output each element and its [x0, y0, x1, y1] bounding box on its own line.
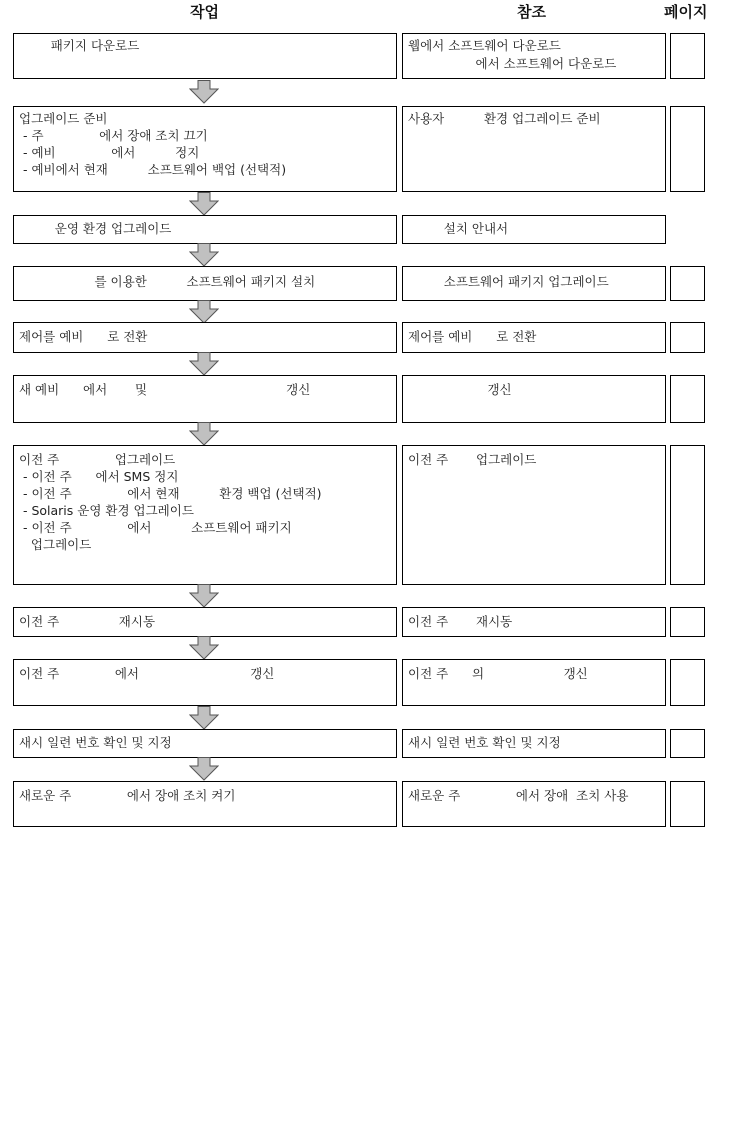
task-line: 이전 주 업그레이드	[19, 451, 175, 468]
down-arrow-icon	[189, 636, 219, 660]
page-box	[670, 33, 705, 79]
down-arrow-icon	[189, 757, 219, 781]
page-box	[670, 607, 705, 637]
down-arrow-icon	[189, 352, 219, 376]
task-line: - 이전 주 에서 SMS 정지	[19, 468, 178, 485]
ref-line[interactable]: 새로운 주 에서 장애 조치 사용	[408, 787, 628, 804]
down-arrow-icon	[189, 192, 219, 216]
ref-box-update: 갱신	[402, 375, 666, 423]
header-task: 작업	[190, 2, 219, 22]
page-box	[670, 266, 705, 301]
task-box-prepare-upgrade: 업그레이드 준비 - 주 에서 장애 조치 끄기 - 예비 에서 정지 - 예비…	[13, 106, 397, 192]
task-box-upgrade-former-main: 이전 주 업그레이드 - 이전 주 에서 SMS 정지 - 이전 주 에서 현재…	[13, 445, 397, 585]
ref-box-download-packages: 웹에서 소프트웨어 다운로드 에서 소프트웨어 다운로드	[402, 33, 666, 79]
down-arrow-icon	[189, 584, 219, 608]
down-arrow-icon	[189, 243, 219, 267]
task-line: - 이전 주 에서 소프트웨어 패키지	[19, 519, 292, 536]
task-box-update-new-spare: 새 예비 에서 및 갱신	[13, 375, 397, 423]
task-line: 이전 주 재시동	[19, 613, 155, 630]
page-box	[670, 781, 705, 827]
task-line: - Solaris 운영 환경 업그레이드	[19, 502, 194, 519]
task-line: - 예비에서 현재 소프트웨어 백업 (선택적)	[19, 161, 286, 178]
ref-box-reboot-former-main: 이전 주 재시동	[402, 607, 666, 637]
ref-line[interactable]: 에서 소프트웨어 다운로드	[408, 55, 616, 72]
ref-line[interactable]: 설치 안내서	[408, 220, 508, 237]
task-line: 업그레이드 준비	[19, 110, 108, 127]
ref-box-enable-failover: 새로운 주 에서 장애 조치 사용	[402, 781, 666, 827]
task-line: 패키지 다운로드	[19, 37, 139, 54]
down-arrow-icon	[189, 706, 219, 730]
ref-line[interactable]: 소프트웨어 패키지 업그레이드	[408, 273, 609, 290]
down-arrow-icon	[189, 422, 219, 446]
ref-box-upgrade-former-main: 이전 주 업그레이드	[402, 445, 666, 585]
task-line: - 이전 주 에서 현재 환경 백업 (선택적)	[19, 485, 322, 502]
ref-line[interactable]: 웹에서 소프트웨어 다운로드	[408, 37, 561, 54]
task-box-install-packages: 를 이용한 소프트웨어 패키지 설치	[13, 266, 397, 301]
page-box	[670, 322, 705, 353]
task-box-verify-chassis-serial: 새시 일련 번호 확인 및 지정	[13, 729, 397, 758]
ref-box-prepare-upgrade: 사용자 환경 업그레이드 준비	[402, 106, 666, 192]
page-box	[670, 375, 705, 423]
down-arrow-icon	[189, 80, 219, 104]
task-box-reboot-former-main: 이전 주 재시동	[13, 607, 397, 637]
task-line: 이전 주 에서 갱신	[19, 665, 274, 682]
header-reference: 참조	[517, 2, 546, 22]
ref-line[interactable]: 제어를 예비 로 전환	[408, 328, 536, 345]
page-box	[670, 659, 705, 706]
ref-box-upgrade-packages: 소프트웨어 패키지 업그레이드	[402, 266, 666, 301]
page-box	[670, 106, 705, 192]
task-line: - 주 에서 장애 조치 끄기	[19, 127, 208, 144]
ref-line[interactable]: 갱신	[408, 381, 512, 398]
ref-line[interactable]: 새시 일련 번호 확인 및 지정	[408, 734, 561, 751]
task-line: 를 이용한 소프트웨어 패키지 설치	[19, 273, 315, 290]
header-page: 페이지	[664, 2, 707, 22]
ref-line[interactable]: 이전 주 재시동	[408, 613, 512, 630]
ref-box-verify-chassis-serial: 새시 일련 번호 확인 및 지정	[402, 729, 666, 758]
ref-line[interactable]: 사용자 환경 업그레이드 준비	[408, 110, 601, 127]
task-box-update-former-main: 이전 주 에서 갱신	[13, 659, 397, 706]
task-box-enable-failover: 새로운 주 에서 장애 조치 켜기	[13, 781, 397, 827]
page-box	[670, 729, 705, 758]
ref-box-switch-control: 제어를 예비 로 전환	[402, 322, 666, 353]
down-arrow-icon	[189, 300, 219, 324]
ref-box-install-guide: 설치 안내서	[402, 215, 666, 244]
ref-box-update-former-main: 이전 주 의 갱신	[402, 659, 666, 706]
ref-line[interactable]: 이전 주 업그레이드	[408, 451, 536, 468]
task-line: 운영 환경 업그레이드	[19, 220, 171, 237]
task-line: 업그레이드	[19, 536, 91, 553]
task-box-upgrade-os: 운영 환경 업그레이드	[13, 215, 397, 244]
page-box	[670, 445, 705, 585]
task-line: 새시 일련 번호 확인 및 지정	[19, 734, 172, 751]
ref-line[interactable]: 이전 주 의 갱신	[408, 665, 588, 682]
task-box-switch-control: 제어를 예비 로 전환	[13, 322, 397, 353]
task-line: - 예비 에서 정지	[19, 144, 199, 161]
task-line: 새 예비 에서 및 갱신	[19, 381, 310, 398]
task-line: 제어를 예비 로 전환	[19, 328, 147, 345]
task-box-download-packages: 패키지 다운로드	[13, 33, 397, 79]
task-line: 새로운 주 에서 장애 조치 켜기	[19, 787, 235, 804]
